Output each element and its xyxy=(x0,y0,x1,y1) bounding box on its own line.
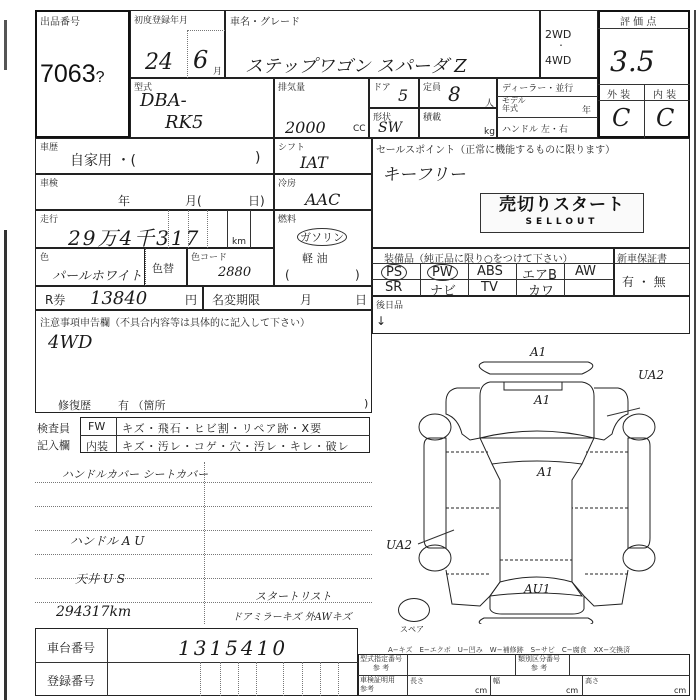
displacement-unit: CC xyxy=(353,124,366,134)
recycle-label: R券 xyxy=(45,291,65,308)
interior-inspect-text: キズ・汚レ・コゲ・穴・汚レ・キレ・破レ xyxy=(122,438,350,454)
mileage-label: 走行 xyxy=(40,212,58,225)
fw-label: FW xyxy=(88,420,105,433)
fuel-paren-close: ) xyxy=(355,268,360,282)
damage-mark-left-rear: UA2 xyxy=(386,538,412,552)
chassis-label: 車台番号 xyxy=(47,639,95,656)
capacity-label: 定員 xyxy=(423,80,441,93)
score-label: 評 価 点 xyxy=(620,13,656,28)
mileage-unit: km xyxy=(232,237,246,247)
ac-value: AAC xyxy=(305,190,340,209)
sellout-stamp: 売切りスタート SELLOUT xyxy=(480,193,644,233)
divider xyxy=(200,662,201,696)
interior-label: 内 装 xyxy=(653,86,676,101)
history-label: 車歴 xyxy=(40,140,58,153)
divider xyxy=(338,662,339,696)
inspection-label: 車検 xyxy=(40,176,58,189)
history-value: 自家用 ・( xyxy=(70,150,136,170)
drive-cell xyxy=(540,10,598,78)
load-unit: kg xyxy=(484,127,495,137)
repair-close: ) xyxy=(364,397,368,410)
divider xyxy=(207,210,208,248)
inspection-year: 年 xyxy=(118,192,130,209)
height-unit: cm xyxy=(674,686,686,695)
repaint-label: 色替 xyxy=(152,260,174,276)
doors-label: ドア xyxy=(373,80,391,93)
inspection-month: 月( xyxy=(185,192,202,209)
doors-value: 5 xyxy=(398,86,408,105)
divider xyxy=(569,654,570,675)
divider xyxy=(187,30,188,78)
damage-mark-front-bumper: A1 xyxy=(530,345,546,359)
divider xyxy=(250,210,251,248)
divider xyxy=(516,263,517,296)
aftermarket-value: ↓ xyxy=(376,314,386,328)
divider xyxy=(204,462,205,624)
shape-value: SW xyxy=(378,120,402,136)
damage-mark-trunk: AU1 xyxy=(524,582,550,596)
width-unit: cm xyxy=(566,686,578,695)
fuel-diesel: 軽 油 xyxy=(302,250,328,266)
divider xyxy=(644,84,645,138)
first-registration-label: 初度登録年月 xyxy=(134,13,188,26)
divider xyxy=(187,30,225,31)
recycle-value: 13840 xyxy=(90,288,147,309)
notes-value: 4WD xyxy=(48,332,92,353)
capacity-value: 8 xyxy=(448,82,461,106)
inspection-cell xyxy=(35,174,274,210)
cert-label: 車検証明用 参考 xyxy=(360,676,395,694)
divider xyxy=(238,662,239,696)
repair-value: 有 （箇所 xyxy=(118,397,166,413)
remark-4: 天井 U S xyxy=(75,570,125,587)
color-label: 色 xyxy=(40,250,49,263)
divider xyxy=(302,662,303,696)
name-change-label: 名変期限 xyxy=(212,291,260,308)
color-value: パールホワイト xyxy=(52,265,142,284)
inspection-day: 日) xyxy=(248,192,265,209)
height-label: 高さ xyxy=(585,676,599,686)
dealer-label: ディーラー・並行 xyxy=(502,81,573,94)
notes-label: 注意事項申告欄（不具合内容等は具体的に記入して下さい） xyxy=(40,314,310,329)
history-close: ) xyxy=(255,150,260,166)
model-year-label: モデル 年式 xyxy=(502,97,526,113)
divider xyxy=(227,210,228,248)
divider xyxy=(220,662,221,696)
equip-tv: TV xyxy=(481,280,498,295)
car-name-label: 車名・グレード xyxy=(230,13,300,28)
type-number-label: 型式指定番号 参 考 xyxy=(360,655,402,673)
equip-abs: ABS xyxy=(477,264,503,279)
color-code-value: 2880 xyxy=(218,265,251,280)
divider xyxy=(35,662,358,663)
damage-mark-roof: A1 xyxy=(537,465,553,479)
month-unit: 月 xyxy=(213,64,222,77)
remark-1: ハンドルカバー シートカバー xyxy=(62,466,208,482)
divider xyxy=(490,675,491,696)
shift-value: IAT xyxy=(300,153,328,172)
lot-number: 7063 xyxy=(40,60,96,88)
chassis-value: 1315410 xyxy=(178,636,288,660)
aftermarket-label: 後日品 xyxy=(376,298,403,311)
registration-label: 登録番号 xyxy=(47,672,95,689)
scan-edge xyxy=(4,230,7,700)
divider xyxy=(256,662,257,696)
equip-pw: PW xyxy=(427,264,458,281)
car-name-value: ステップワゴン スパーダ Z xyxy=(245,52,467,78)
warranty-label: 新車保証書 xyxy=(617,250,667,265)
equip-ps: PS xyxy=(381,264,407,281)
remark-3: ハンドル A U xyxy=(70,532,144,549)
front-bumper-shape xyxy=(479,362,593,374)
spare-tire-icon xyxy=(398,598,430,622)
divider xyxy=(582,675,583,696)
divider xyxy=(420,263,421,296)
divider xyxy=(497,117,598,118)
width-label: 幅 xyxy=(493,676,500,686)
divider xyxy=(116,417,117,453)
shift-label: シフト xyxy=(278,140,305,153)
lot-suffix: ? xyxy=(96,69,105,86)
fw-text: キズ・飛石・ヒビ割・リペア跡・X要 xyxy=(122,420,322,436)
mileage-value: 29万4千317 xyxy=(68,222,200,251)
sales-point-label: セールスポイント（正常に機能するものに限ります） xyxy=(376,141,615,156)
model-line1: DBA- xyxy=(140,90,187,111)
drive-4wd: 4WD xyxy=(545,54,571,67)
aftermarket-cell xyxy=(372,296,690,334)
spare-label: スペア xyxy=(400,624,424,635)
divider xyxy=(468,263,469,296)
lot-number-value: 7063? xyxy=(40,60,105,89)
exterior-label: 外 装 xyxy=(607,86,630,101)
sellout-stamp-sub: SELLOUT xyxy=(481,216,643,228)
name-change-month: 月 xyxy=(300,291,312,308)
recycle-unit: 円 xyxy=(185,291,197,308)
lot-number-label: 出品番号 xyxy=(40,13,80,28)
inspector-label-1: 検査員 xyxy=(37,420,70,436)
ac-label: 冷房 xyxy=(278,176,296,189)
name-change-day: 日 xyxy=(355,291,367,308)
first-registration-year: 24 xyxy=(145,50,173,75)
equip-sr: SR xyxy=(385,280,402,295)
remark-right-1: スタートリスト xyxy=(255,588,332,604)
divider xyxy=(564,263,565,296)
model-line2: RK5 xyxy=(165,112,203,133)
interior-inspect-label: 内装 xyxy=(86,438,108,454)
length-label: 長さ xyxy=(410,676,424,686)
sellout-stamp-main: 売切りスタート xyxy=(481,194,643,216)
handle-label: ハンドル 左・右 xyxy=(502,122,568,135)
warranty-value: 有 ・ 無 xyxy=(622,273,666,290)
scan-edge xyxy=(4,20,7,70)
divider xyxy=(407,654,408,696)
scan-edge-right xyxy=(694,10,696,700)
divider xyxy=(320,662,321,696)
length-unit: cm xyxy=(475,686,487,695)
model-year-unit: 年 xyxy=(582,103,591,116)
drive-sep: ・ xyxy=(557,40,565,51)
load-label: 積載 xyxy=(423,110,441,123)
fuel-label: 燃料 xyxy=(278,212,296,225)
divider xyxy=(107,628,108,696)
sales-point-value: キーフリー xyxy=(382,160,465,185)
displacement-value: 2000 xyxy=(285,118,326,137)
score-value: 3.5 xyxy=(610,45,655,78)
inspector-label-2: 記入欄 xyxy=(37,437,70,453)
divider xyxy=(598,28,690,29)
damage-mark-right-front: UA2 xyxy=(638,368,664,382)
fuel-gasoline: ガソリン xyxy=(297,228,347,246)
equip-aw: AW xyxy=(575,264,596,279)
damage-mark-hood: A1 xyxy=(534,393,550,407)
divider xyxy=(283,662,284,696)
color-code-label: 色コード xyxy=(191,250,227,263)
interior-grade: C xyxy=(656,104,674,132)
exterior-grade: C xyxy=(612,104,630,132)
remark-right-2: ドアミラーキズ 外AWキズ xyxy=(232,608,352,623)
fuel-paren-open: ( xyxy=(285,268,290,282)
first-registration-month: 6 xyxy=(193,46,208,74)
repair-label: 修復歴 xyxy=(58,397,91,413)
displacement-label: 排気量 xyxy=(278,80,305,93)
remark-5: 294317km xyxy=(56,604,131,620)
class-number-label: 類別区分番号 参 考 xyxy=(518,655,560,673)
divider xyxy=(515,654,516,675)
